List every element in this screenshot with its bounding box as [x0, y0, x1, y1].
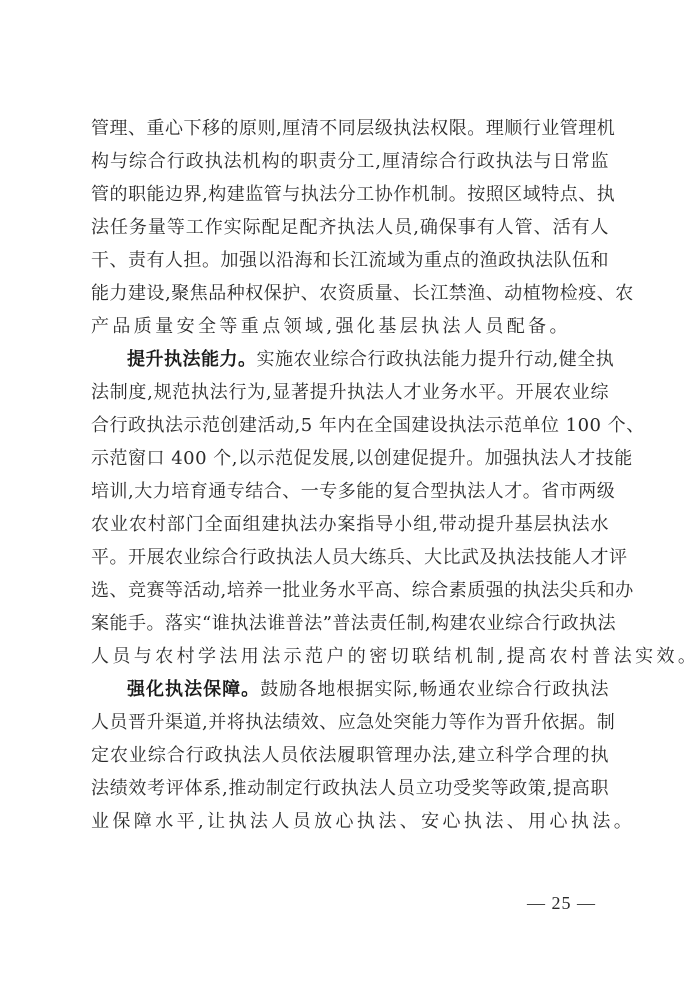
- text-line: 平。开展农业综合行政执法人员大练兵、大比武及执法技能人才评: [91, 541, 609, 574]
- paragraph-heading: 强化执法保障。: [127, 679, 260, 700]
- paragraph-enforcement-guarantee: 强化执法保障。鼓励各地根据实际,畅通农业综合行政执法 人员晋升渠道,并将执法绩效…: [91, 673, 609, 838]
- text-line: 构与综合行政执法机构的职责分工,厘清综合行政执法与日常监: [91, 145, 609, 178]
- text-line: 提升执法能力。实施农业综合行政执法能力提升行动,健全执: [91, 343, 609, 376]
- text-line: 管理、重心下移的原则,厘清不同层级执法权限。理顺行业管理机: [91, 112, 609, 145]
- text-line: 法绩效考评体系,推动制定行政执法人员立功受奖等政策,提高职: [91, 772, 609, 805]
- paragraph-enforcement-capacity: 提升执法能力。实施农业综合行政执法能力提升行动,健全执 法制度,规范执法行为,显…: [91, 343, 609, 673]
- text-line: 定农业综合行政执法人员依法履职管理办法,建立科学合理的执: [91, 739, 609, 772]
- text-line: 人员晋升渠道,并将执法绩效、应急处突能力等作为晋升依据。制: [91, 706, 609, 739]
- text-run: 实施农业综合行政执法能力提升行动,健全执: [257, 349, 615, 370]
- text-line: 人员与农村学法用法示范户的密切联结机制,提高农村普法实效。: [91, 640, 609, 673]
- paragraph-heading: 提升执法能力。: [127, 349, 257, 370]
- text-line: 案能手。落实“谁执法谁普法”普法责任制,构建农业综合行政执法: [91, 607, 609, 640]
- text-line: 业保障水平,让执法人员放心执法、安心执法、用心执法。: [91, 805, 609, 838]
- text-line: 管的职能边界,构建监管与执法分工协作机制。按照区域特点、执: [91, 178, 609, 211]
- text-run: 鼓励各地根据实际,畅通农业综合行政执法: [260, 679, 609, 700]
- text-line: 农业农村部门全面组建执法办案指导小组,带动提升基层执法水: [91, 508, 609, 541]
- text-line: 选、竞赛等活动,培养一批业务水平高、综合素质强的执法尖兵和办: [91, 574, 609, 607]
- text-line: 合行政执法示范创建活动,5 年内在全国建设执法示范单位 100 个、: [91, 409, 609, 442]
- text-line: 能力建设,聚焦品种权保护、农资质量、长江禁渔、动植物检疫、农: [91, 277, 609, 310]
- body-text: 管理、重心下移的原则,厘清不同层级执法权限。理顺行业管理机 构与综合行政执法机构…: [91, 112, 609, 838]
- paragraph-continuation: 管理、重心下移的原则,厘清不同层级执法权限。理顺行业管理机 构与综合行政执法机构…: [91, 112, 609, 343]
- document-page: 管理、重心下移的原则,厘清不同层级执法权限。理顺行业管理机 构与综合行政执法机构…: [0, 0, 700, 990]
- text-line: 产品质量安全等重点领域,强化基层执法人员配备。: [91, 310, 609, 343]
- text-line: 强化执法保障。鼓励各地根据实际,畅通农业综合行政执法: [91, 673, 609, 706]
- page-number: — 25 —: [527, 893, 596, 914]
- text-line: 法任务量等工作实际配足配齐执法人员,确保事有人管、活有人: [91, 211, 609, 244]
- text-line: 培训,大力培育通专结合、一专多能的复合型执法人才。省市两级: [91, 475, 609, 508]
- text-line: 法制度,规范执法行为,显著提升执法人才业务水平。开展农业综: [91, 376, 609, 409]
- text-line: 示范窗口 400 个,以示范促发展,以创建促提升。加强执法人才技能: [91, 442, 609, 475]
- text-line: 干、责有人担。加强以沿海和长江流域为重点的渔政执法队伍和: [91, 244, 609, 277]
